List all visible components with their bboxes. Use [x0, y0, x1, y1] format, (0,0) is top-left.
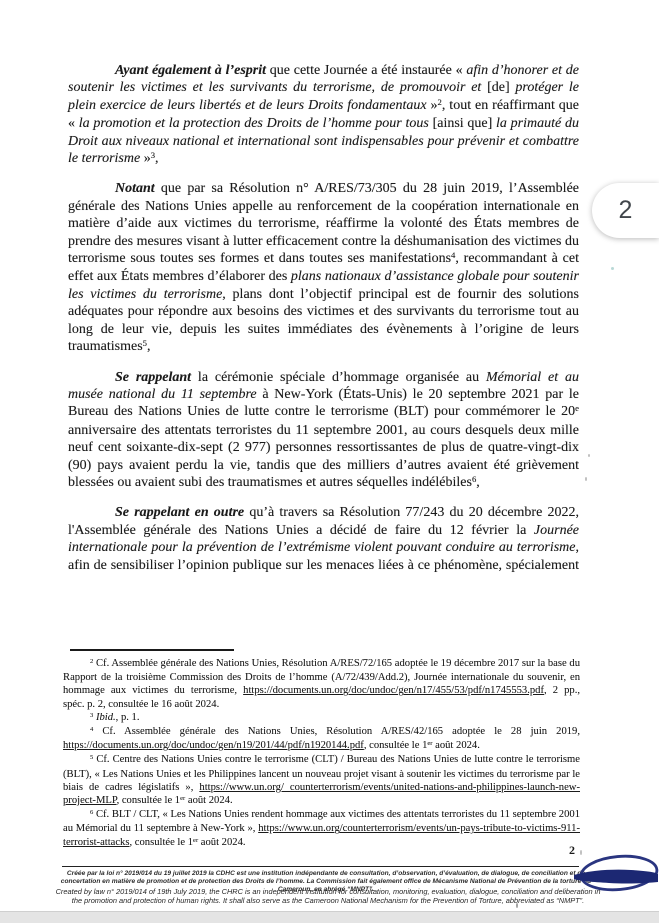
- text-run: Ibid.: [96, 712, 116, 723]
- text-run: e: [575, 403, 579, 413]
- viewer-page-indicator-pill: 2: [592, 183, 659, 238]
- footnotes-block: 2 Cf. Assemblée générale des Nations Uni…: [63, 657, 580, 850]
- text-run: Se rappelant: [115, 370, 191, 385]
- text-run: 6: [472, 474, 476, 484]
- text-run: 5: [90, 754, 93, 761]
- text-run: que cette Journée a été instaurée «: [266, 63, 466, 78]
- scan-speck: [516, 903, 518, 908]
- viewer-page-indicator-label: 2: [619, 196, 633, 225]
- text-run: Ayant également à l’esprit: [115, 63, 266, 78]
- text-run: »: [140, 151, 151, 166]
- body-paragraph: Se rappelant la cérémonie spéciale d’hom…: [68, 369, 579, 493]
- body-paragraph: Notant que par sa Résolution n° A/RES/73…: [68, 180, 579, 356]
- text-run: 3: [151, 150, 155, 160]
- ink-signature-mark: [573, 851, 659, 903]
- text-run: , consultée le 1: [364, 740, 428, 751]
- text-run: er: [193, 837, 198, 844]
- body-paragraph: Se rappelant en outre qu’à travers sa Ré…: [68, 504, 579, 574]
- scan-speck: [588, 454, 590, 457]
- text-run: er: [427, 740, 432, 747]
- text-run: 5: [143, 338, 147, 348]
- text-run: Se rappelant en outre: [115, 505, 244, 520]
- footnote-url: https://documents.un.org/doc/undoc/gen/n…: [243, 685, 544, 696]
- footnote: 2 Cf. Assemblée générale des Nations Uni…: [63, 657, 580, 711]
- text-run: Notant: [115, 181, 155, 196]
- text-run: 4: [451, 250, 455, 260]
- text-run: août 2024.: [198, 837, 245, 848]
- text-run: la cérémonie spéciale d’hommage organisé…: [191, 370, 486, 385]
- text-run: , consultée le 1: [117, 795, 181, 806]
- scan-edge-band: [0, 911, 659, 923]
- body-paragraph: Ayant également à l’esprit que cette Jou…: [68, 62, 579, 168]
- footnote: 3 Ibid., p. 1.: [63, 711, 580, 725]
- text-run: 3: [90, 712, 93, 719]
- scan-speck: [611, 267, 614, 270]
- text-run: 2: [90, 658, 93, 665]
- text-run: , consultée le 1: [129, 837, 193, 848]
- text-run: la promotion et la protection des Droits…: [79, 116, 433, 131]
- text-run: 4: [90, 726, 93, 733]
- text-run: Cf. Assemblée générale des Nations Unies…: [93, 726, 580, 737]
- footnote: 4 Cf. Assemblée générale des Nations Uni…: [63, 725, 580, 753]
- text-run: ,: [476, 475, 480, 490]
- text-run: »: [427, 98, 438, 113]
- scan-speck: [580, 850, 582, 855]
- text-run: [ainsi que]: [433, 116, 496, 131]
- footer-text-english: Created by law n° 2019/014 of 19th July …: [52, 888, 604, 906]
- text-run: , p. 1.: [116, 712, 140, 723]
- footnote: 5 Cf. Centre des Nations Unies contre le…: [63, 753, 580, 808]
- text-run: [de]: [487, 80, 515, 95]
- text-run: août 2024.: [185, 795, 232, 806]
- footnote-separator: [70, 649, 234, 651]
- text-run: 2: [438, 97, 442, 107]
- scan-speck: [585, 477, 587, 481]
- footnote: 6 Cf. BLT / CLT, « Les Nations Unies ren…: [63, 808, 580, 850]
- document-body-text: Ayant également à l’esprit que cette Jou…: [68, 62, 579, 586]
- footer-rule: [62, 866, 579, 867]
- text-run: ,: [155, 151, 159, 166]
- footnote-url: https://documents.un.org/doc/undoc/gen/n…: [63, 740, 364, 751]
- text-run: 6: [90, 809, 93, 816]
- text-run: er: [180, 795, 185, 802]
- scanned-document-page: Ayant également à l’esprit que cette Jou…: [0, 0, 659, 923]
- text-run: anniversaire des attentats terroristes d…: [68, 423, 579, 490]
- text-run: ,: [147, 339, 151, 354]
- text-run: août 2024.: [432, 740, 479, 751]
